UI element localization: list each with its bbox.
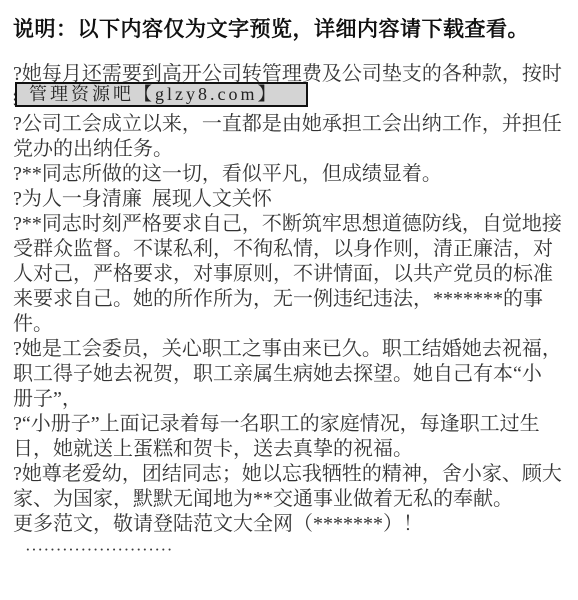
text-line: ?**同志所做的这一切，看似平凡，但成绩显着。 bbox=[13, 162, 571, 187]
text-line: 册子”， bbox=[13, 387, 571, 412]
text-line: 件。 bbox=[13, 312, 571, 337]
text-line: ?为人一身清廉 展现人文关怀 bbox=[13, 187, 571, 212]
text-line: 党办的出纳任务。 bbox=[13, 137, 571, 162]
text-line: 受群众监督。不谋私利，不徇私情，以身作则，清正廉洁，对 bbox=[13, 237, 571, 262]
text-line: 更多范文，敬请登陆范文大全网（*******）！ bbox=[13, 512, 571, 537]
text-line: 家、为国家，默默无闻地为**交通事业做着无私的奉献。 bbox=[13, 487, 571, 512]
text-line: 来要求自己。她的所作所为，无一例违纪违法，*******的事 bbox=[13, 287, 571, 312]
text-line: 人对己，严格要求，对事原则，不讲情面，以共产党员的标准 bbox=[13, 262, 571, 287]
watermark-banner: 管理资源吧【glzy8.com】 bbox=[15, 82, 308, 107]
text-line: 日，她就送上蛋糕和贺卡，送去真挚的祝福。 bbox=[13, 437, 571, 462]
preview-notice: 说明：以下内容仅为文字预览，详细内容请下载查看。 bbox=[13, 15, 569, 43]
ellipsis-row: ························ bbox=[13, 537, 571, 562]
text-line: ?公司工会成立以来，一直都是由她承担工会出纳工作，并担任 bbox=[13, 112, 571, 137]
document-text-body: ?她每月还需要到高开公司转管理费及公司垫支的各种款，按时 缴 ?公司工会成立以来… bbox=[13, 62, 571, 562]
text-line: 职工得子她去祝贺，职工亲属生病她去探望。她自己有本“小 bbox=[13, 362, 571, 387]
text-line: ?她是工会委员，关心职工之事由来已久。职工结婚她去祝福， bbox=[13, 337, 571, 362]
document-preview-page: 说明：以下内容仅为文字预览，详细内容请下载查看。 管理资源吧【glzy8.com… bbox=[0, 0, 578, 600]
text-line: ?她尊老爱幼，团结同志；她以忘我牺牲的精神，舍小家、顾大 bbox=[13, 462, 571, 487]
text-line: ?“小册子”上面记录着每一名职工的家庭情况，每逢职工过生 bbox=[13, 412, 571, 437]
text-line: ?**同志时刻严格要求自己，不断筑牢思想道德防线，自觉地接 bbox=[13, 212, 571, 237]
